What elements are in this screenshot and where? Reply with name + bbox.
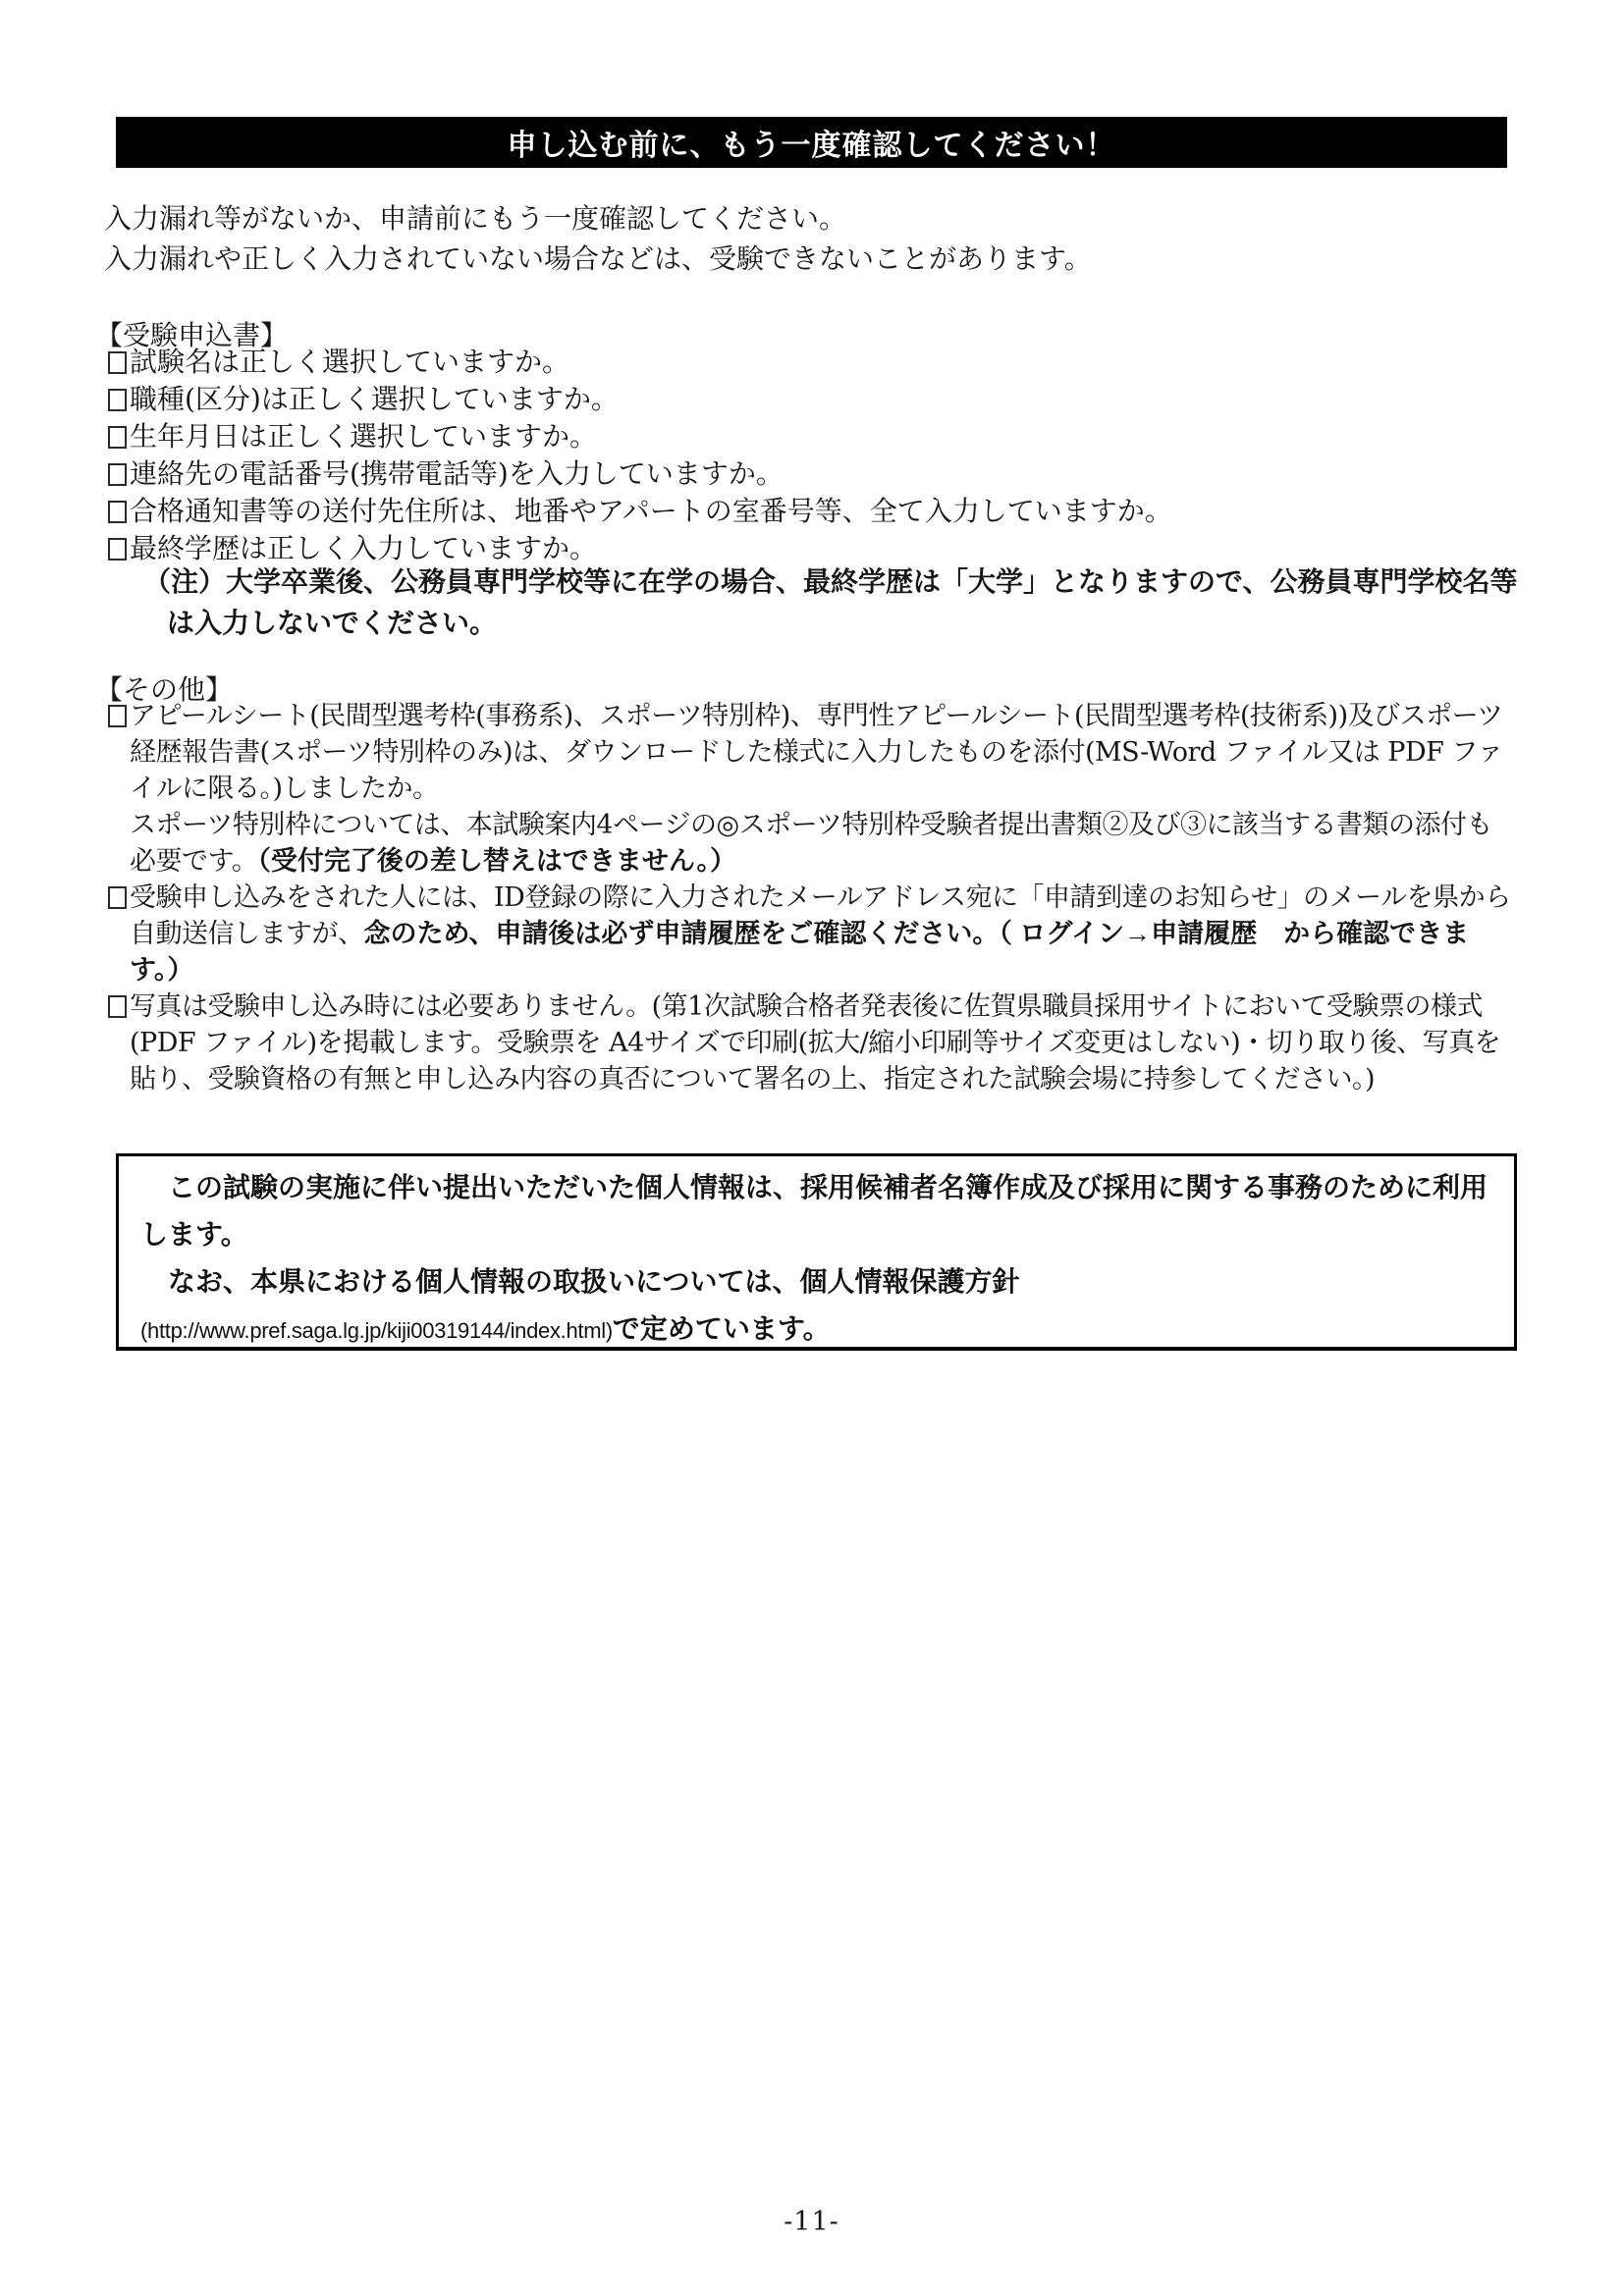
intro-line-2: 入力漏れや正しく入力されていない場合などは、受験できないことがあります。 bbox=[104, 239, 1518, 279]
checklist-item: 合格通知書等の送付先住所は、地番やアパートの室番号等、全て入力していますか。 bbox=[95, 493, 1519, 530]
title-banner: 申し込む前に、もう一度確認してください！ bbox=[116, 117, 1507, 168]
checkbox-icon bbox=[108, 389, 127, 411]
checkbox-icon bbox=[108, 538, 127, 561]
checklist-item-text: 連絡先の電話番号(携帯電話等)を入力していますか。 bbox=[130, 457, 784, 490]
appeal-sheet-text: アピールシート(民間型選考枠(事務系)、スポーツ特別枠)、専門性アピールシート(… bbox=[130, 701, 1503, 804]
final-education-note: （注）大学卒業後、公務員専門学校等に在学の場合、最終学歴は「大学」となりますので… bbox=[143, 561, 1538, 644]
checkbox-icon bbox=[108, 351, 127, 374]
privacy-policy-url: (http://www.pref.saga.lg.jp/kiji00319144… bbox=[140, 1318, 613, 1343]
checklist-item: 職種(区分)は正しく選択していますか。 bbox=[95, 381, 1519, 418]
no-replacement-warning: （受付完了後の差し替えはできません。） bbox=[257, 846, 736, 876]
photo-text: 写真は受験申し込み時には必要ありません。(第1次試験合格者発表後に佐賀県職員採用… bbox=[130, 991, 1500, 1095]
checklist-item-text: 生年月日は正しく選択していますか。 bbox=[130, 420, 597, 453]
checklist-item: 連絡先の電話番号(携帯電話等)を入力していますか。 bbox=[95, 455, 1519, 493]
other-checklist: アピールシート(民間型選考枠(事務系)、スポーツ特別枠)、専門性アピールシート(… bbox=[95, 698, 1517, 1097]
privacy-policy-lead: なお、本県における個人情報の取扱いについては、個人情報保護方針 bbox=[168, 1266, 1019, 1297]
checkbox-icon bbox=[108, 995, 127, 1018]
checklist-item: 生年月日は正しく選択していますか。 bbox=[95, 418, 1519, 455]
document-page: 申し込む前に、もう一度確認してください！ 入力漏れ等がないか、申請前にもう一度確… bbox=[0, 0, 1623, 2296]
checklist-item-text: 試験名は正しく選択していますか。 bbox=[130, 346, 569, 378]
checkbox-icon bbox=[108, 426, 127, 449]
checkbox-icon bbox=[108, 501, 127, 523]
checkbox-icon bbox=[108, 705, 127, 727]
page-number: -11- bbox=[0, 2207, 1623, 2237]
checklist-item: 試験名は正しく選択していますか。 bbox=[95, 344, 1519, 381]
note-text: 大学卒業後、公務員専門学校等に在学の場合、最終学歴は「大学」となりますので、公務… bbox=[167, 566, 1517, 638]
note-label: （注） bbox=[143, 566, 226, 597]
intro-line-1: 入力漏れ等がないか、申請前にもう一度確認してください。 bbox=[104, 198, 1518, 239]
privacy-para-1: この試験の実施に伴い提出いただいた個人情報は、採用候補者名簿作成及び採用に関する… bbox=[140, 1164, 1490, 1258]
sports-special-note: スポーツ特別枠については、本試験案内4ページの◎スポーツ特別枠受験者提出書類②及… bbox=[95, 807, 1517, 880]
checkbox-icon bbox=[108, 886, 127, 909]
application-form-checklist: 試験名は正しく選択していますか。 職種(区分)は正しく選択していますか。 生年月… bbox=[95, 344, 1519, 567]
privacy-policy-tail: で定めています。 bbox=[613, 1313, 831, 1344]
checklist-item-text: 合格通知書等の送付先住所は、地番やアパートの室番号等、全て入力していますか。 bbox=[130, 495, 1172, 527]
checklist-item-confirmation-mail: 受験申し込みをされた人には、ID登録の際に入力されたメールアドレス宛に「申請到達… bbox=[95, 880, 1517, 988]
checklist-item-photo: 写真は受験申し込み時には必要ありません。(第1次試験合格者発表後に佐賀県職員採用… bbox=[95, 988, 1517, 1097]
privacy-para-2: なお、本県における個人情報の取扱いについては、個人情報保護方針(http://w… bbox=[140, 1258, 1490, 1355]
privacy-notice-box: この試験の実施に伴い提出いただいた個人情報は、採用候補者名簿作成及び採用に関する… bbox=[116, 1153, 1517, 1351]
checkbox-icon bbox=[108, 463, 127, 486]
page-title: 申し込む前に、もう一度確認してください！ bbox=[508, 121, 1116, 164]
intro-paragraph: 入力漏れ等がないか、申請前にもう一度確認してください。 入力漏れや正しく入力され… bbox=[104, 198, 1518, 279]
checklist-item-text: 職種(区分)は正しく選択していますか。 bbox=[130, 383, 619, 415]
checklist-item-appeal-sheet: アピールシート(民間型選考枠(事務系)、スポーツ特別枠)、専門性アピールシート(… bbox=[95, 698, 1517, 807]
checklist-item-text: 最終学歴は正しく入力していますか。 bbox=[130, 532, 597, 564]
